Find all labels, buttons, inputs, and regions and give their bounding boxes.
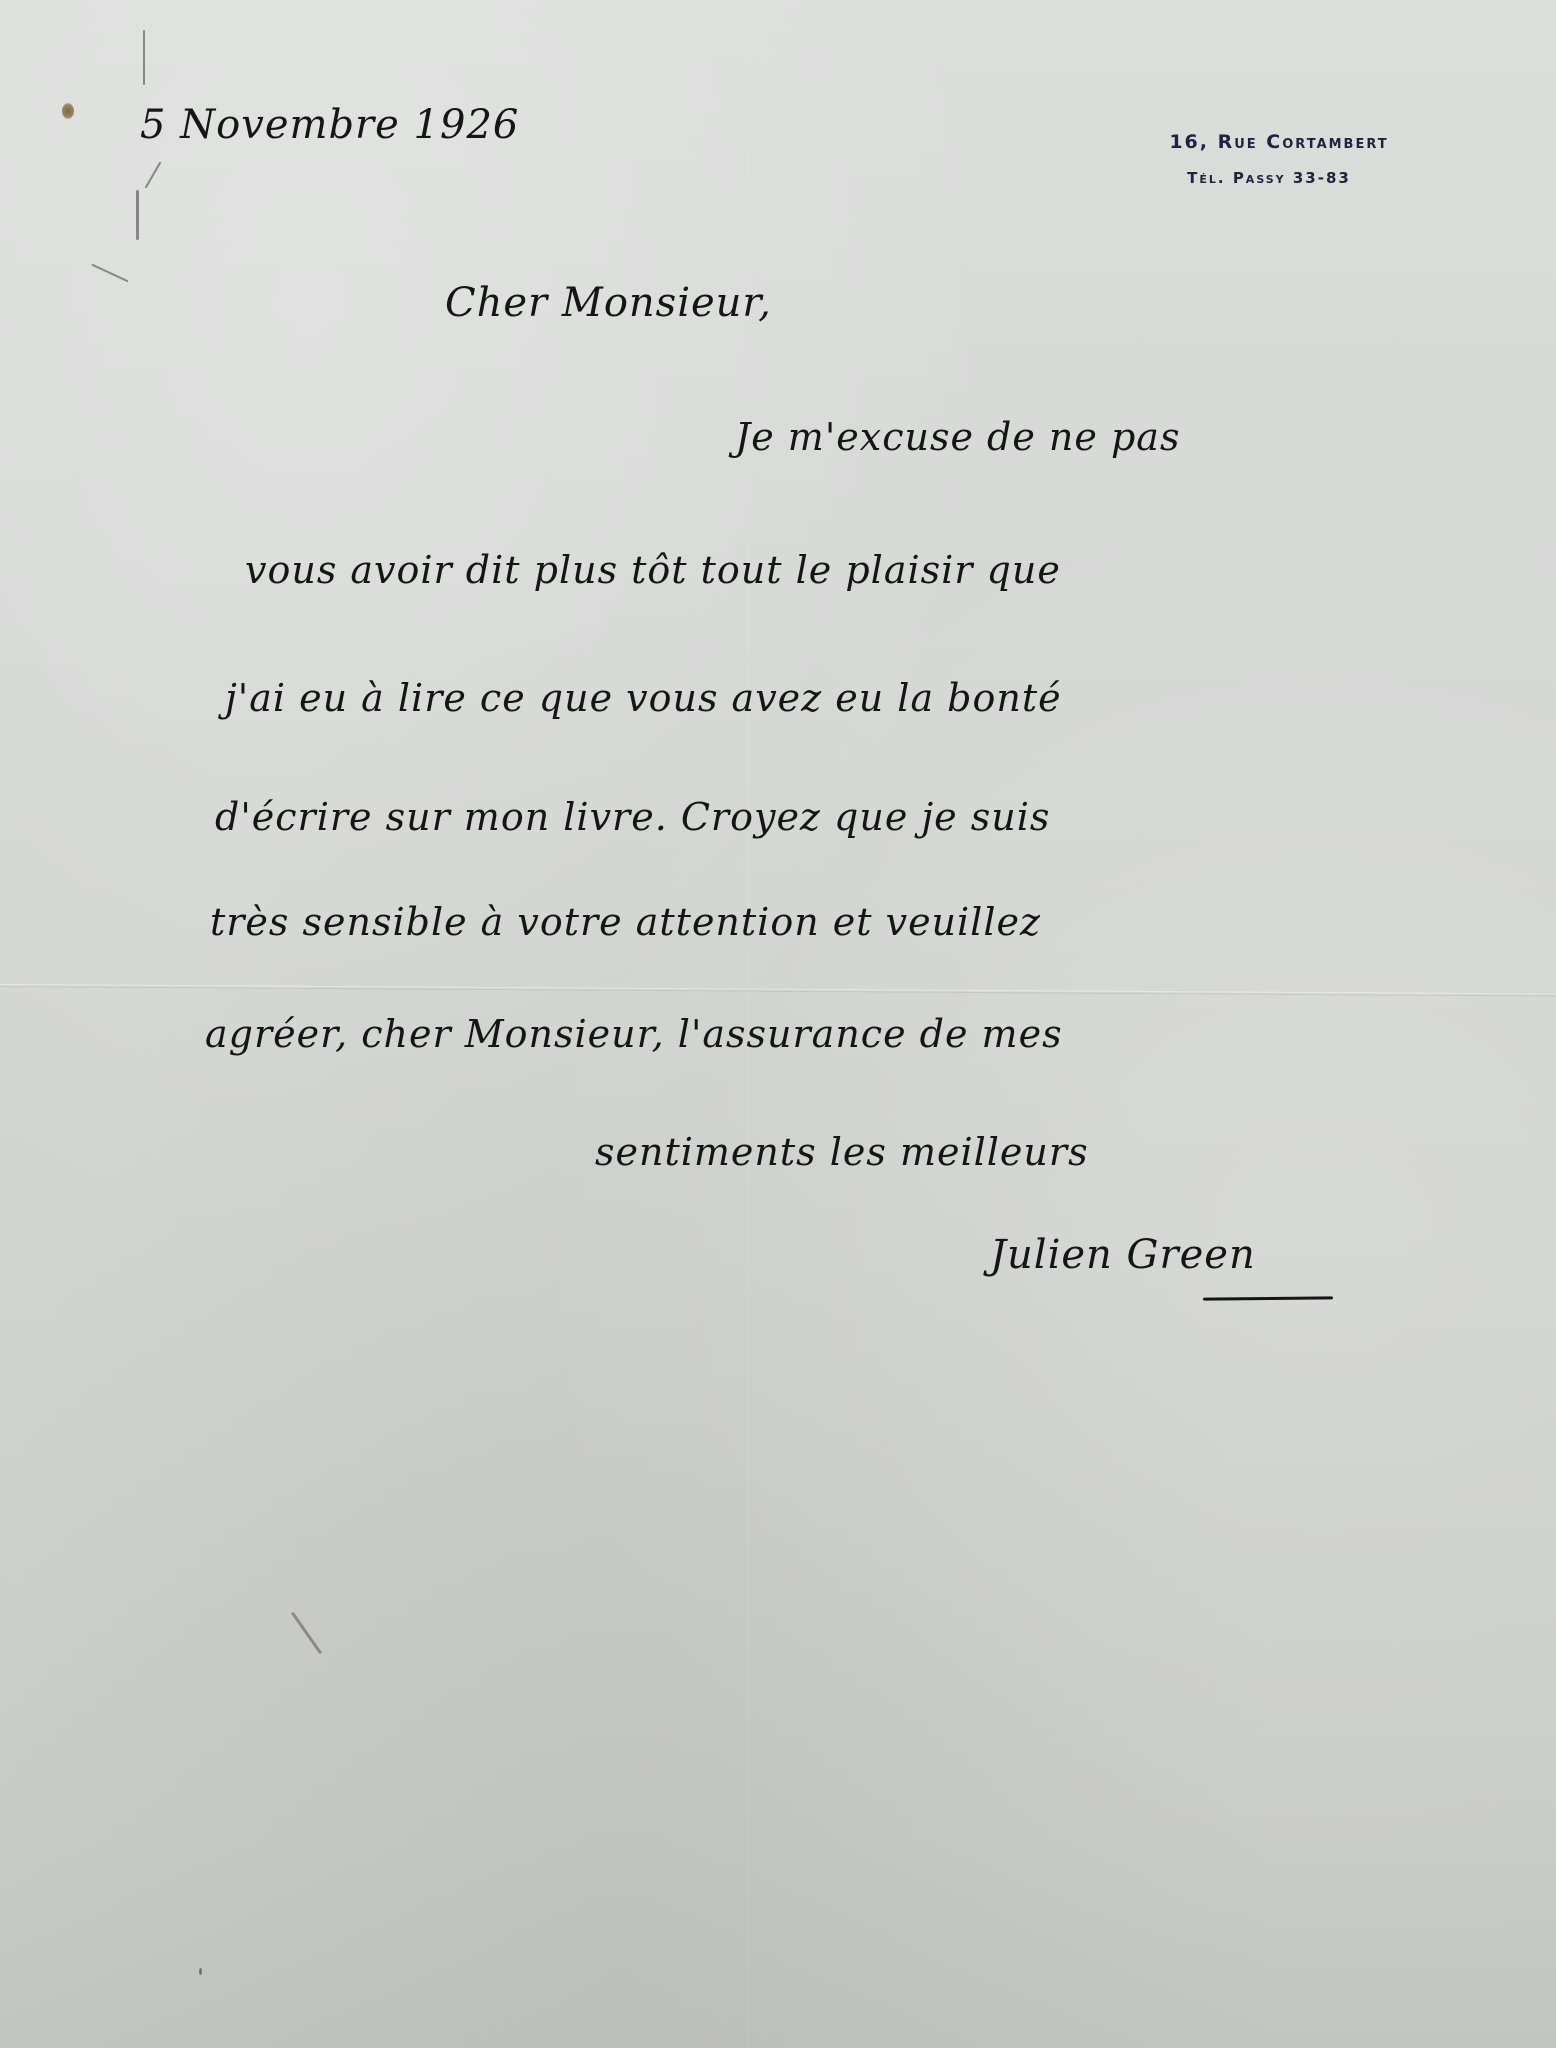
signature-underline (1203, 1296, 1333, 1300)
letterhead: 16, Rue Cortambert Tél. Passy 33-83 (1100, 131, 1450, 187)
letter-body-line: agréer, cher Monsieur, l'assurance de me… (205, 1012, 1063, 1056)
paper-scratch-mark (291, 1612, 322, 1655)
pencil-mark (91, 264, 128, 283)
letterhead-address: 16, Rue Cortambert (1108, 131, 1450, 153)
letter-body-line: Je m'excuse de ne pas (735, 415, 1180, 459)
letter-salutation: Cher Monsieur, (445, 280, 772, 326)
signature: Julien Green (990, 1232, 1256, 1278)
pencil-mark (136, 190, 139, 240)
ink-stain-mark (62, 103, 74, 119)
paper-dot-mark (199, 1968, 202, 1975)
letter-body-line: d'écrire sur mon livre. Croyez que je su… (215, 795, 1050, 839)
letter-date: 5 Novembre 1926 (140, 102, 519, 148)
horizontal-fold-crease (0, 984, 1556, 997)
pencil-mark (145, 162, 162, 189)
letter-closing: sentiments les meilleurs (595, 1130, 1089, 1174)
pencil-mark (143, 30, 145, 85)
letterhead-phone: Tél. Passy 33-83 (1088, 169, 1450, 187)
letter-body-line: vous avoir dit plus tôt tout le plaisir … (245, 548, 1061, 592)
letter-body-line: très sensible à votre attention et veuil… (210, 900, 1041, 944)
letter-body-line: j'ai eu à lire ce que vous avez eu la bo… (225, 676, 1062, 720)
